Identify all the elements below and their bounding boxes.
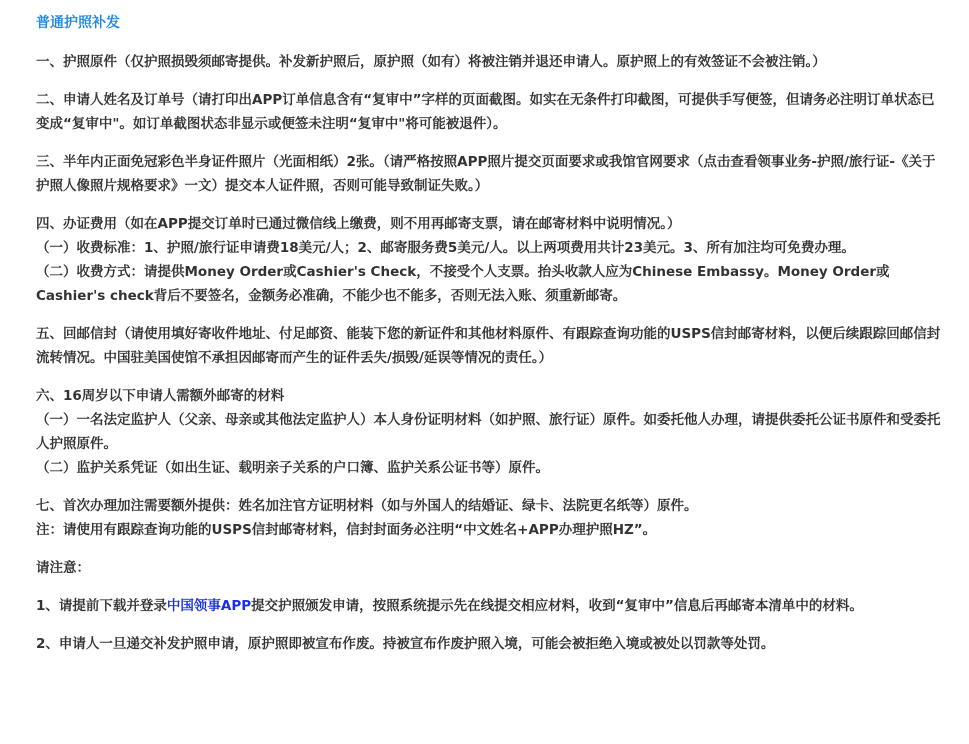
section-original-passport: 一、护照原件（仅护照损毁须邮寄提供。补发新护照后，原护照（如有）将被注销并退还申… <box>36 50 943 74</box>
fee-standard: （一）收费标准：1、护照/旅行证申请费18美元/人；2、邮寄服务费5美元/人。以… <box>36 236 943 260</box>
consular-app-link[interactable]: 中国领事APP <box>167 598 251 614</box>
guardian-id: （一）一名法定监护人（父亲、母亲或其他法定监护人）本人身份证明材料（如护照、旅行… <box>36 408 943 456</box>
section-annotation: 七、首次办理加注需要额外提供：姓名加注官方证明材料（如与外国人的结婚证、绿卡、法… <box>36 494 943 542</box>
guardianship-proof: （二）监护关系凭证（如出生证、载明亲子关系的户口簿、监护关系公证书等）原件。 <box>36 456 943 480</box>
section-text: 三、半年内正面免冠彩色半身证件照片（光面相纸）2张。（请严格按照APP照片提交页… <box>36 150 943 198</box>
section-return-envelope: 五、回邮信封（请使用填好寄收件地址、付足邮资、能装下您的新证件和其他材料原件、有… <box>36 322 943 370</box>
notice-text: 2、申请人一旦递交补发护照申请，原护照即被宣布作废。持被宣布作废护照入境，可能会… <box>36 632 943 656</box>
section-photos: 三、半年内正面免冠彩色半身证件照片（光面相纸）2张。（请严格按照APP照片提交页… <box>36 150 943 198</box>
page-title: 普通护照补发 <box>36 12 943 34</box>
notice-text: 1、请提前下载并登录中国领事APP提交护照颁发申请，按照系统提示先在线提交相应材… <box>36 594 943 618</box>
notice-prefix: 1、请提前下载并登录 <box>36 598 167 614</box>
section-applicant-name-order: 二、申请人姓名及订单号（请打印出APP订单信息含有“复审中”字样的页面截图。如实… <box>36 88 943 136</box>
section-fees: 四、办证费用（如在APP提交订单时已通过微信线上缴费，则不用再邮寄支票，请在邮寄… <box>36 212 943 308</box>
notice-item-2: 2、申请人一旦递交补发护照申请，原护照即被宣布作废。持被宣布作废护照入境，可能会… <box>36 632 943 656</box>
notice-heading-text: 请注意： <box>36 556 943 580</box>
fee-payment-method: （二）收费方式：请提供Money Order或Cashier's Check，不… <box>36 260 943 308</box>
section-text: 一、护照原件（仅护照损毁须邮寄提供。补发新护照后，原护照（如有）将被注销并退还申… <box>36 50 943 74</box>
section-heading: 七、首次办理加注需要额外提供：姓名加注官方证明材料（如与外国人的结婚证、绿卡、法… <box>36 494 943 518</box>
section-text: 五、回邮信封（请使用填好寄收件地址、付足邮资、能装下您的新证件和其他材料原件、有… <box>36 322 943 370</box>
notice-suffix: 提交护照颁发申请，按照系统提示先在线提交相应材料，收到“复审中”信息后再邮寄本清… <box>251 598 863 614</box>
notice-heading: 请注意： <box>36 556 943 580</box>
document: 普通护照补发 一、护照原件（仅护照损毁须邮寄提供。补发新护照后，原护照（如有）将… <box>0 0 969 656</box>
section-text: 二、申请人姓名及订单号（请打印出APP订单信息含有“复审中”字样的页面截图。如实… <box>36 88 943 136</box>
section-heading: 六、16周岁以下申请人需额外邮寄的材料 <box>36 384 943 408</box>
section-heading: 四、办证费用（如在APP提交订单时已通过微信线上缴费，则不用再邮寄支票，请在邮寄… <box>36 212 943 236</box>
notice-item-1: 1、请提前下载并登录中国领事APP提交护照颁发申请，按照系统提示先在线提交相应材… <box>36 594 943 618</box>
section-minors: 六、16周岁以下申请人需额外邮寄的材料 （一）一名法定监护人（父亲、母亲或其他法… <box>36 384 943 480</box>
usps-note: 注：请使用有跟踪查询功能的USPS信封邮寄材料，信封封面务必注明“中文姓名+AP… <box>36 518 943 542</box>
